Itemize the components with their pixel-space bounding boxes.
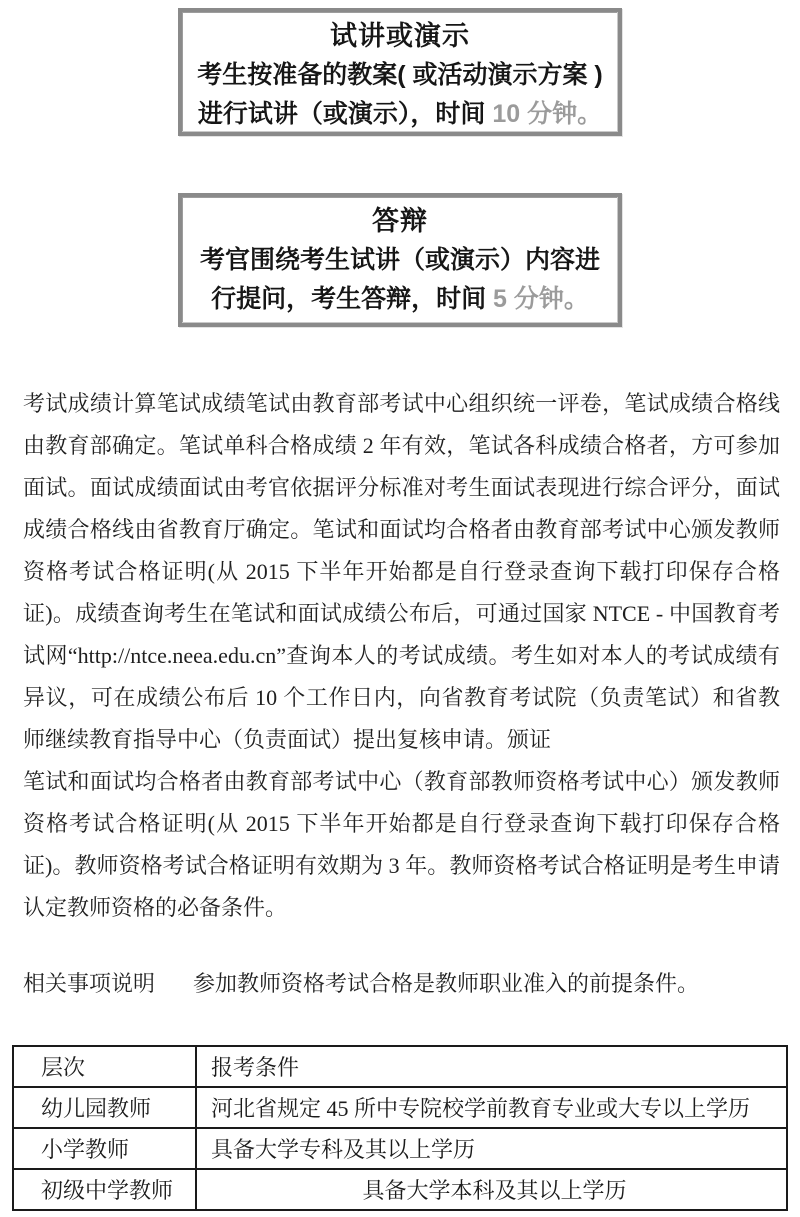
trial-lecture-duration: 10 分钟。 xyxy=(492,100,602,128)
trial-lecture-title: 试讲或演示 xyxy=(182,16,618,56)
trial-lecture-line2-text: 进行试讲（或演示），时间 xyxy=(198,100,492,128)
trial-lecture-line2: 进行试讲（或演示），时间 10 分钟。 xyxy=(182,95,618,134)
trial-lecture-box: 试讲或演示 考生按准备的教案( 或活动演示方案 ) 进行试讲（或演示），时间 1… xyxy=(178,8,622,136)
defense-box: 答辩 考官围绕考生试讲（或演示）内容进 行提问，考生答辩，时间 5 分钟。 xyxy=(178,193,622,327)
defense-duration: 5 分钟。 xyxy=(493,285,589,313)
condition-cell: 具备大学本科及其以上学历 xyxy=(196,1169,787,1210)
level-cell: 初级中学教师 xyxy=(13,1169,196,1210)
eligibility-table: 层次 报考条件 幼儿园教师 河北省规定 45 所中专院校学前教育专业或大专以上学… xyxy=(12,1045,788,1211)
level-cell: 幼儿园教师 xyxy=(13,1087,196,1128)
paragraph-certificate: 笔试和面试均合格者由教育部考试中心（教育部教师资格考试中心）颁发教师资格考试合格… xyxy=(23,761,780,929)
paragraph-score-calculation: 考试成绩计算笔试成绩笔试由教育部考试中心组织统一评卷，笔试成绩合格线由教育部确定… xyxy=(23,383,780,761)
defense-line1: 考官围绕考生试讲（或演示）内容进 xyxy=(182,241,618,280)
related-matters-note: 相关事项说明参加教师资格考试合格是教师职业准入的前提条件。 xyxy=(23,963,780,1005)
table-row-header: 层次 报考条件 xyxy=(13,1046,787,1087)
level-header-cell: 层次 xyxy=(13,1046,196,1087)
related-matters-text: 参加教师资格考试合格是教师职业准入的前提条件。 xyxy=(193,971,699,996)
condition-header-cell: 报考条件 xyxy=(196,1046,787,1087)
body-text: 考试成绩计算笔试成绩笔试由教育部考试中心组织统一评卷，笔试成绩合格线由教育部确定… xyxy=(23,383,780,929)
defense-line2: 行提问，考生答辩，时间 5 分钟。 xyxy=(182,280,618,319)
defense-line2-text: 行提问，考生答辩，时间 xyxy=(211,285,493,313)
table-row-junior-middle: 初级中学教师 具备大学本科及其以上学历 xyxy=(13,1169,787,1210)
condition-cell: 具备大学专科及其以上学历 xyxy=(196,1128,787,1169)
table-row-primary: 小学教师 具备大学专科及其以上学历 xyxy=(13,1128,787,1169)
related-matters-label: 相关事项说明 xyxy=(23,971,155,996)
condition-cell: 河北省规定 45 所中专院校学前教育专业或大专以上学历 xyxy=(196,1087,787,1128)
trial-lecture-line1: 考生按准备的教案( 或活动演示方案 ) xyxy=(182,56,618,95)
level-cell: 小学教师 xyxy=(13,1128,196,1169)
table-row-kindergarten: 幼儿园教师 河北省规定 45 所中专院校学前教育专业或大专以上学历 xyxy=(13,1087,787,1128)
defense-title: 答辩 xyxy=(182,201,618,241)
